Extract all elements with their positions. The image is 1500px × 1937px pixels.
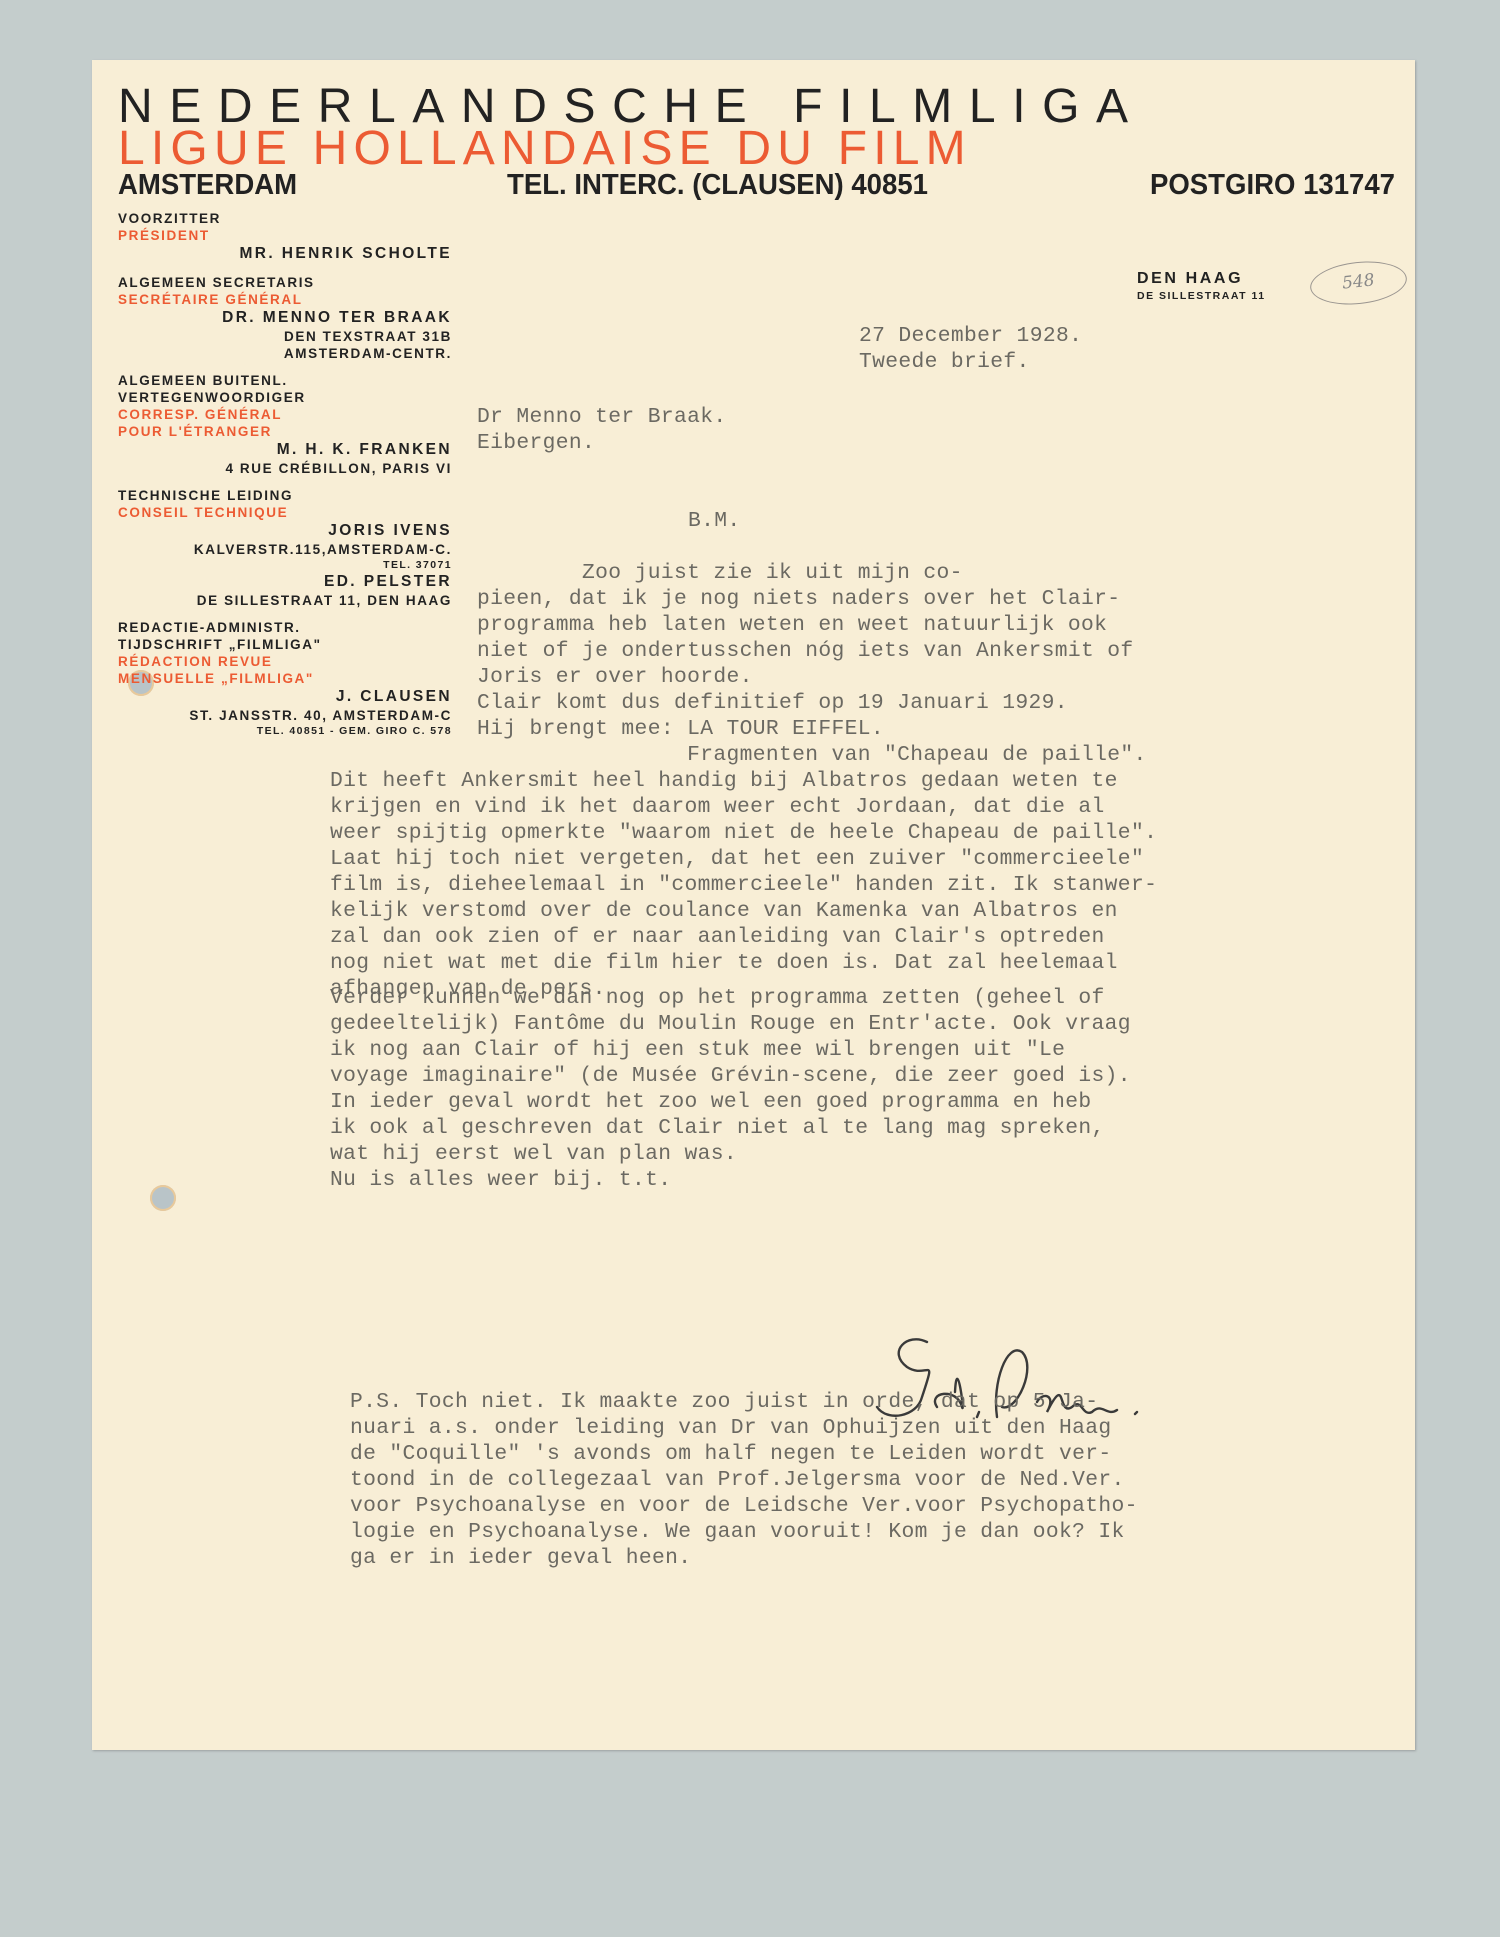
sidebar-line: J. CLAUSEN	[118, 687, 452, 707]
text-line: Nu is alles weer bij. t.t.	[330, 1167, 671, 1193]
text-line: wat hij eerst wel van plan was.	[330, 1141, 1105, 1167]
sidebar-line: AMSTERDAM-CENTR.	[118, 345, 452, 362]
spacer	[118, 264, 452, 274]
sidebar-line: SECRÉTAIRE GÉNÉRAL	[118, 291, 452, 308]
sidebar-line: REDACTIE-ADMINISTR.	[118, 619, 452, 636]
sidebar-line: DE SILLESTRAAT 11, DEN HAAG	[118, 592, 452, 609]
sidebar-line: JORIS IVENS	[118, 521, 452, 541]
text-line: kelijk verstomd over de coulance van Kam…	[330, 898, 1157, 924]
archive-number: 548	[1308, 257, 1409, 309]
letterhead-contact-line: AMSTERDAM TEL. INTERC. (CLAUSEN) 40851 P…	[118, 168, 1408, 202]
text-line: Joris er over hoorde.	[477, 664, 1134, 690]
text-line: Clair komt dus definitief op 19 Januari …	[477, 690, 1147, 716]
letter-page: NEDERLANDSCHE FILMLIGA LIGUE HOLLANDAISE…	[92, 60, 1415, 1750]
text-line: ik nog aan Clair of hij een stuk mee wil…	[330, 1037, 1131, 1063]
text-line: nuari a.s. onder leiding van Dr van Ophu…	[350, 1415, 1138, 1441]
text-line: weer spijtig opmerkte "waarom niet de he…	[330, 820, 1157, 846]
sidebar-line: TEL. 40851 - GEM. GIRO C. 578	[118, 724, 452, 738]
salutation: B.M.	[688, 508, 741, 534]
letterhead-phone: TEL. INTERC. (CLAUSEN) 40851	[507, 168, 928, 202]
sender-city: DEN HAAG	[1137, 270, 1266, 288]
text-line: In ieder geval wordt het zoo wel een goe…	[330, 1089, 1105, 1115]
text-line: toond in de collegezaal van Prof.Jelgers…	[350, 1467, 1138, 1493]
sidebar-line: ST. JANSSTR. 40, AMSTERDAM-C	[118, 707, 452, 724]
sidebar-line: ALGEMEEN BUITENL.	[118, 372, 452, 389]
recipient-place: Eibergen.	[477, 430, 595, 456]
letter-date: 27 December 1928.	[859, 323, 1082, 349]
board-members-sidebar: VOORZITTERPRÉSIDENTMR. HENRIK SCHOLTEALG…	[118, 210, 452, 738]
spacer	[118, 477, 452, 487]
paragraph-chapeau: Dit heeft Ankersmit heel handig bij Alba…	[330, 768, 1157, 1002]
letterhead-city: AMSTERDAM	[118, 168, 297, 202]
text-line: nog niet wat met die film hier te doen i…	[330, 950, 1157, 976]
sender-address: DEN HAAG DE SILLESTRAAT 11	[1137, 270, 1266, 302]
sidebar-line: VOORZITTER	[118, 210, 452, 227]
sidebar-line: TIJDSCHRIFT „FILMLIGA"	[118, 636, 452, 653]
paragraph-program: Clair komt dus definitief op 19 Januari …	[477, 690, 1147, 768]
sidebar-line: TECHNISCHE LEIDING	[118, 487, 452, 504]
sidebar-line: VERTEGENWOORDIGER	[118, 389, 452, 406]
text-line: zal dan ook zien of er naar aanleiding v…	[330, 924, 1157, 950]
sidebar-line: DEN TEXSTRAAT 31B	[118, 328, 452, 345]
text-line: Dit heeft Ankersmit heel handig bij Alba…	[330, 768, 1157, 794]
sidebar-line: ED. PELSTER	[118, 572, 452, 592]
sidebar-line: 4 RUE CRÉBILLON, PARIS VI	[118, 460, 452, 477]
text-line: P.S. Toch niet. Ik maakte zoo juist in o…	[350, 1389, 1138, 1415]
text-line: programma heb laten weten en weet natuur…	[477, 612, 1134, 638]
text-line: voyage imaginaire" (de Musée Grévin-scen…	[330, 1063, 1131, 1089]
letter-subtitle: Tweede brief.	[859, 349, 1030, 375]
text-line: film is, dieheelemaal in "commercieele" …	[330, 872, 1157, 898]
text-line: Zoo juist zie ik uit mijn co-	[477, 560, 1134, 586]
text-line: Fragmenten van "Chapeau de paille".	[477, 742, 1147, 768]
text-line: niet of je ondertusschen nóg iets van An…	[477, 638, 1134, 664]
text-line: Verder kunnen we dan nog op het programm…	[330, 985, 1131, 1011]
sidebar-line: M. H. K. FRANKEN	[118, 440, 452, 460]
punch-hole	[150, 1185, 176, 1211]
sidebar-line: CORRESP. GÉNÉRAL	[118, 406, 452, 423]
letterhead-postgiro: POSTGIRO 131747	[1150, 168, 1395, 202]
spacer	[118, 362, 452, 372]
text-line: logie en Psychoanalyse. We gaan vooruit!…	[350, 1519, 1138, 1545]
sidebar-line: CONSEIL TECHNIQUE	[118, 504, 452, 521]
text-line: ga er in ieder geval heen.	[350, 1545, 1138, 1571]
sidebar-line: DR. MENNO TER BRAAK	[118, 308, 452, 328]
sidebar-line: ALGEMEEN SECRETARIS	[118, 274, 452, 291]
text-line: de "Coquille" 's avonds om half negen te…	[350, 1441, 1138, 1467]
text-line: gedeeltelijk) Fantôme du Moulin Rouge en…	[330, 1011, 1131, 1037]
text-line: krijgen en vind ik het daarom weer echt …	[330, 794, 1157, 820]
sender-street: DE SILLESTRAAT 11	[1137, 290, 1266, 302]
sidebar-line: TEL. 37071	[118, 558, 452, 572]
sidebar-line: RÉDACTION REVUE	[118, 653, 452, 670]
sidebar-line: KALVERSTR.115,AMSTERDAM-C.	[118, 541, 452, 558]
sidebar-line: MENSUELLE „FILMLIGA"	[118, 670, 452, 687]
postscript: P.S. Toch niet. Ik maakte zoo juist in o…	[350, 1389, 1138, 1571]
paragraph-intro: Zoo juist zie ik uit mijn co-pieen, dat …	[477, 560, 1134, 690]
text-line: ik ook al geschreven dat Clair niet al t…	[330, 1115, 1105, 1141]
paragraph-signoff: Nu is alles weer bij. t.t.	[330, 1167, 671, 1193]
sidebar-line: MR. HENRIK SCHOLTE	[118, 244, 452, 264]
paragraph-further: Verder kunnen we dan nog op het programm…	[330, 985, 1131, 1089]
paragraph-closing: In ieder geval wordt het zoo wel een goe…	[330, 1089, 1105, 1167]
text-line: Laat hij toch niet vergeten, dat het een…	[330, 846, 1157, 872]
text-line: pieen, dat ik je nog niets naders over h…	[477, 586, 1134, 612]
text-line: voor Psychoanalyse en voor de Leidsche V…	[350, 1493, 1138, 1519]
sidebar-line: POUR L'ÉTRANGER	[118, 423, 452, 440]
sidebar-line: PRÉSIDENT	[118, 227, 452, 244]
spacer	[118, 609, 452, 619]
recipient-name: Dr Menno ter Braak.	[477, 404, 726, 430]
text-line: Hij brengt mee: LA TOUR EIFFEL.	[477, 716, 1147, 742]
